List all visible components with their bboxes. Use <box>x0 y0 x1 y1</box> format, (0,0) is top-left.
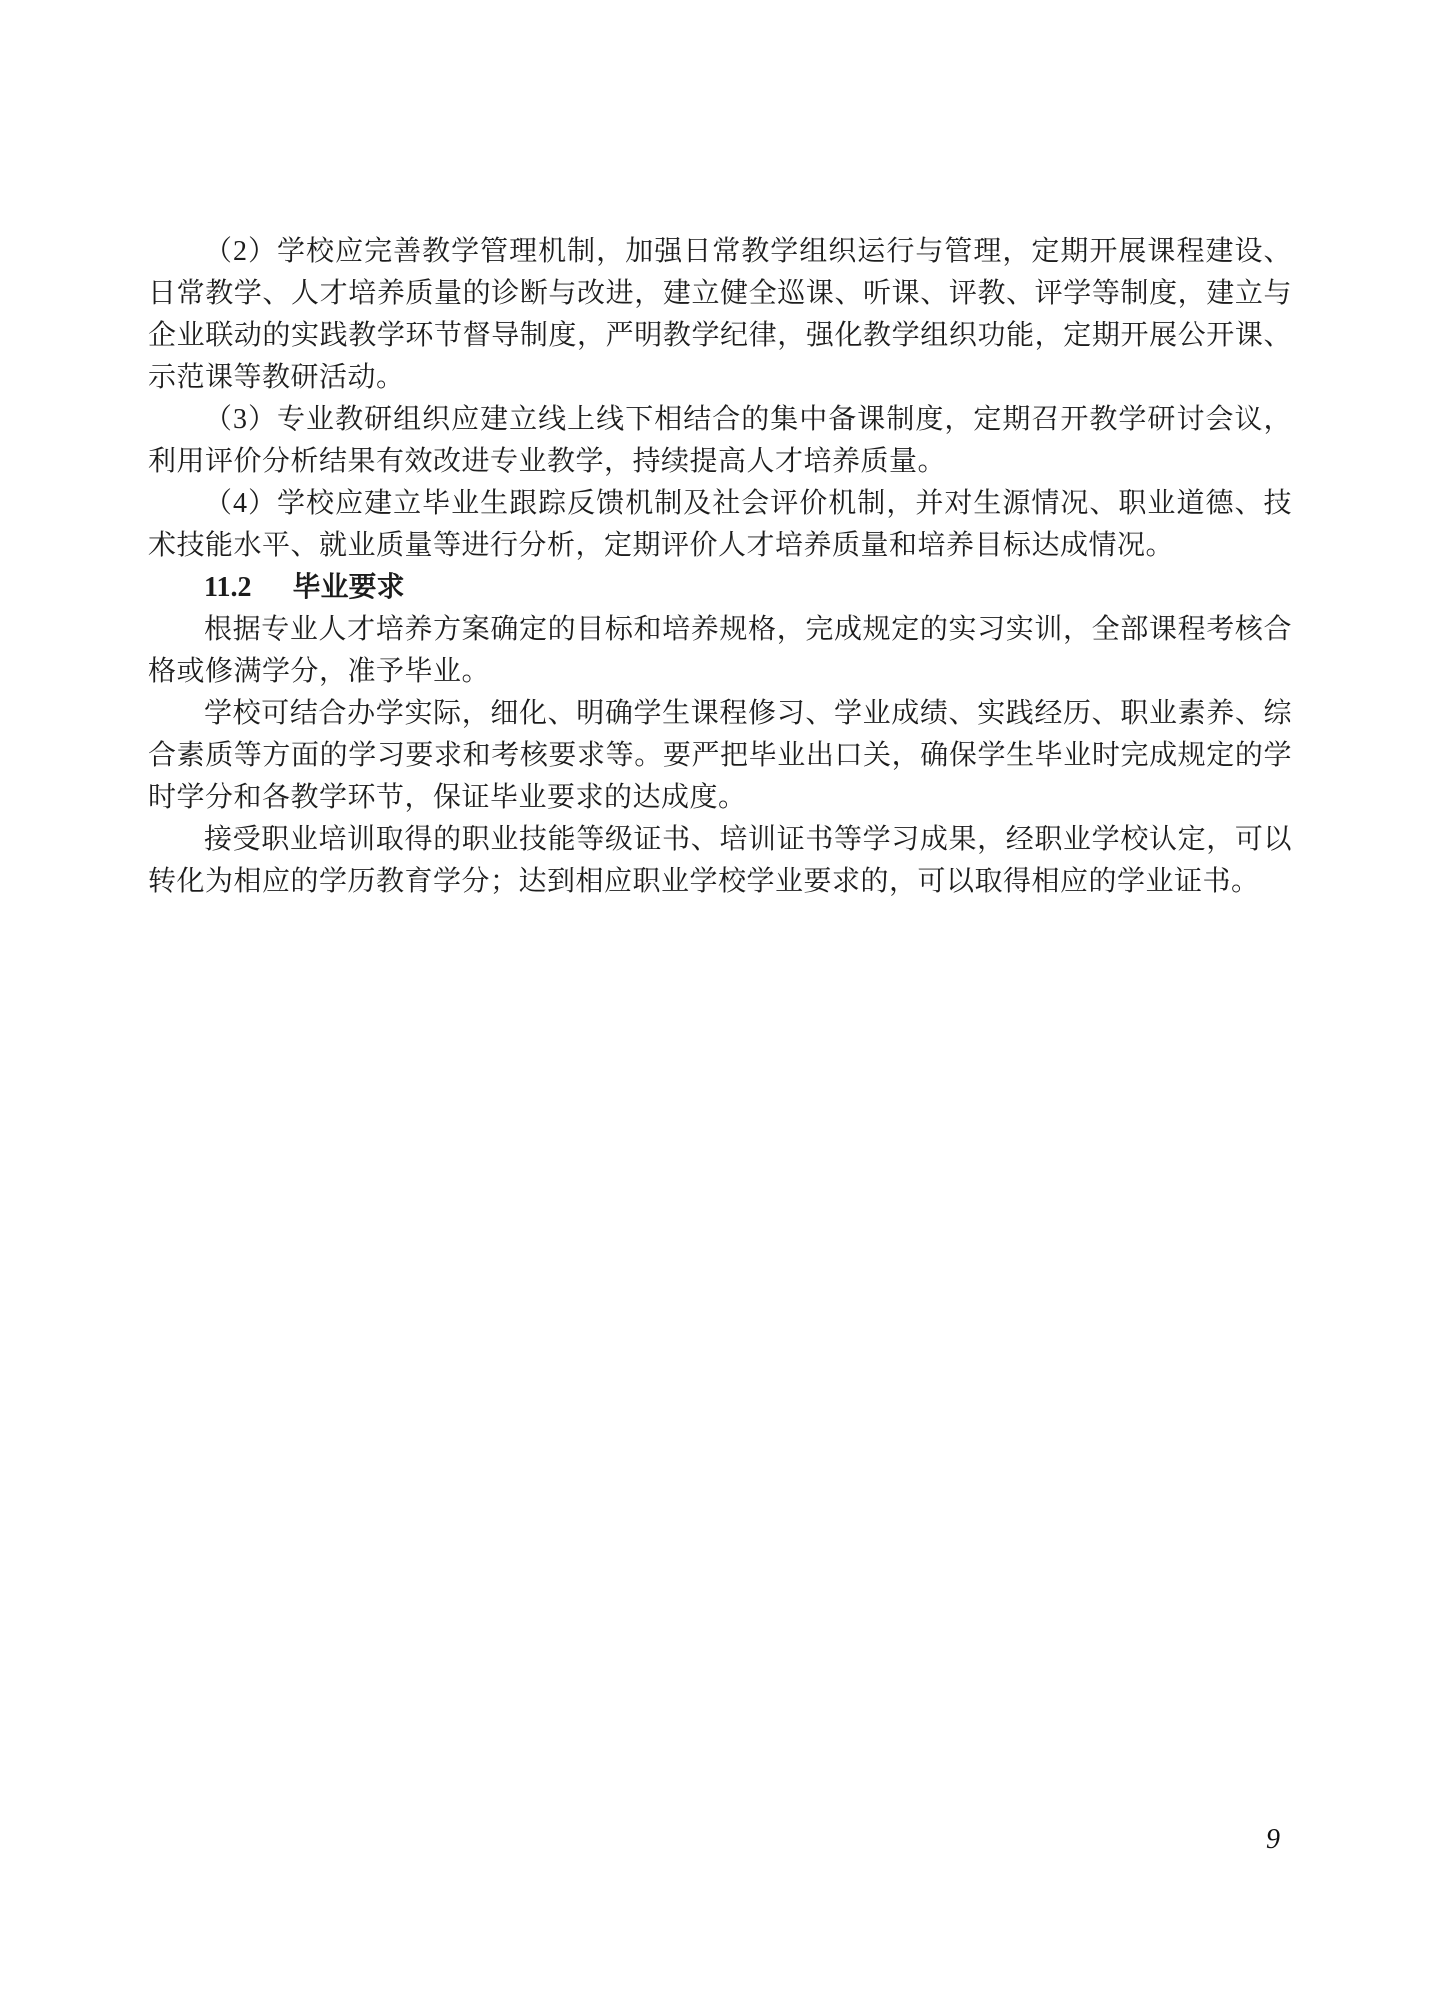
document-body: （2）学校应完善教学管理机制，加强日常教学组织运行与管理，定期开展课程建设、日常… <box>148 231 1292 903</box>
page-number: 9 <box>1266 1822 1280 1858</box>
paragraph-graduation-criteria: 根据专业人才培养方案确定的目标和培养规格，完成规定的实习实训，全部课程考核合格或… <box>148 609 1292 693</box>
paragraph-item-4: （4）学校应建立毕业生跟踪反馈机制及社会评价机制，并对生源情况、职业道德、技术技… <box>148 483 1292 567</box>
section-heading-number: 11.2 <box>204 572 251 603</box>
paragraph-school-requirements: 学校可结合办学实际，细化、明确学生课程修习、学业成绩、实践经历、职业素养、综合素… <box>148 693 1292 819</box>
section-heading-11-2: 11.2 毕业要求 <box>148 567 1292 609</box>
paragraph-item-3: （3）专业教研组织应建立线上线下相结合的集中备课制度，定期召开教学研讨会议，利用… <box>148 399 1292 483</box>
paragraph-training-certificates: 接受职业培训取得的职业技能等级证书、培训证书等学习成果，经职业学校认定，可以转化… <box>148 819 1292 903</box>
paragraph-item-2: （2）学校应完善教学管理机制，加强日常教学组织运行与管理，定期开展课程建设、日常… <box>148 231 1292 399</box>
document-page: （2）学校应完善教学管理机制，加强日常教学组织运行与管理，定期开展课程建设、日常… <box>0 0 1443 2011</box>
section-heading-title: 毕业要求 <box>292 572 404 603</box>
